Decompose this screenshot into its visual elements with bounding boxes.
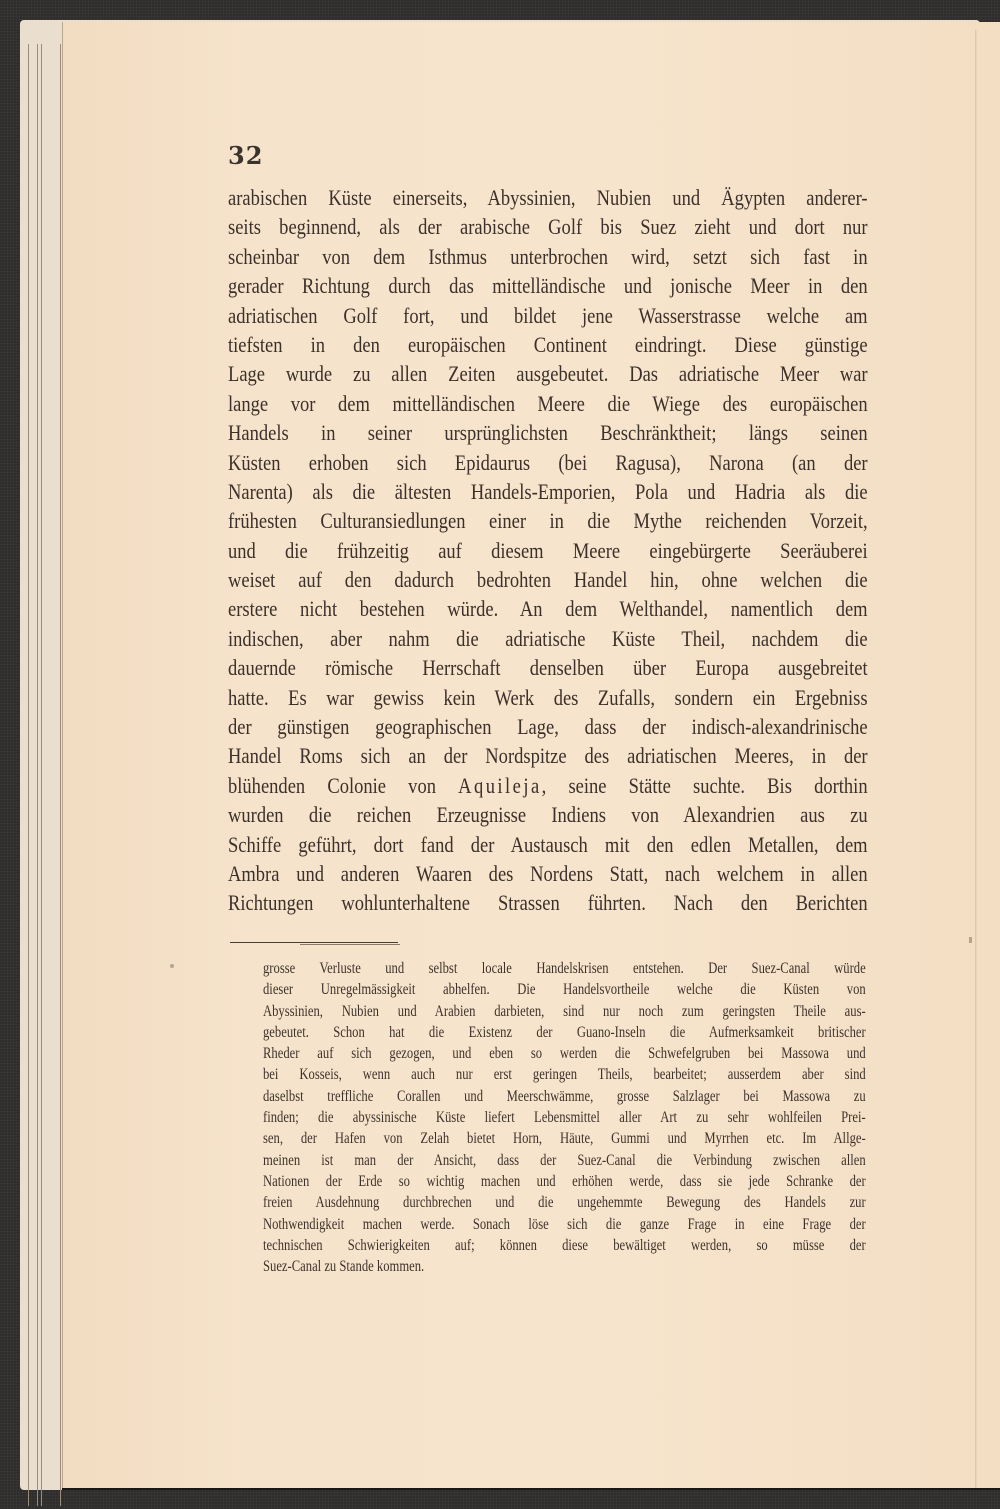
page-edge — [41, 44, 42, 1506]
text-line: Küsten erhoben sich Epidaurus (bei Ragus… — [228, 448, 868, 477]
margin-mark — [969, 937, 972, 943]
footnote-line: Nothwendigkeit machen werde. Sonach löse… — [263, 1214, 866, 1235]
text-line: tiefsten in den europäischen Continent e… — [228, 330, 868, 359]
footnote-rule — [230, 942, 398, 943]
text-line: Schiffe geführt, dort fand der Austausch… — [228, 830, 868, 859]
text-line: Handel Roms sich an der Nordspitze des a… — [228, 741, 868, 770]
ink-spot — [170, 964, 174, 968]
page-edge — [37, 44, 38, 1506]
text-segment: , seine Stätte suchte. Bis dorthin — [542, 773, 868, 798]
footnote-line: dieser Unregelmässigkeit abhelfen. Die H… — [263, 979, 866, 1000]
footnote-line: grosse Verluste und selbst locale Handel… — [263, 958, 866, 979]
text-line: wurden die reichen Erzeugnisse Indiens v… — [228, 800, 868, 829]
text-line: und die frühzeitig auf diesem Meere eing… — [228, 536, 868, 565]
footnote-line: freien Ausdehnung durchbrechen und die u… — [263, 1192, 866, 1213]
text-line: weiset auf den dadurch bedrohten Handel … — [228, 565, 868, 594]
text-line: lange vor dem mittelländischen Meere die… — [228, 389, 868, 418]
text-line: erstere nicht bestehen würde. An dem Wel… — [228, 594, 868, 623]
page-edge — [28, 44, 29, 1506]
footnote-line: Suez-Canal zu Stande kommen. — [263, 1256, 866, 1277]
text-line: hatte. Es war gewiss kein Werk des Zufal… — [228, 683, 868, 712]
footnote-line: bei Kosseis, wenn auch nur erst geringen… — [263, 1064, 866, 1085]
footnote-line: Rheder auf sich gezogen, und eben so wer… — [263, 1043, 866, 1064]
text-line: dauernde römische Herrschaft denselben ü… — [228, 653, 868, 682]
main-text: arabischen Küste einerseits, Abyssinien,… — [228, 183, 868, 918]
text-line: Ambra und anderen Waaren des Nordens Sta… — [228, 859, 868, 888]
footnote-line: technischen Schwierigkeiten auf; können … — [263, 1235, 866, 1256]
text-line: der günstigen geographischen Lage, dass … — [228, 712, 868, 741]
text-line: Narenta) als die ältesten Handels-Empori… — [228, 477, 868, 506]
text-line: seits beginnend, als der arabische Golf … — [228, 212, 868, 241]
footnote: grosse Verluste und selbst locale Handel… — [263, 958, 866, 1277]
footnote-line: gebeutet. Schon hat die Existenz der Gua… — [263, 1022, 866, 1043]
text-line: Richtungen wohlunterhaltene Strassen füh… — [228, 888, 868, 917]
text-line: gerader Richtung durch das mittelländisc… — [228, 271, 868, 300]
page-edge — [60, 44, 61, 1506]
footnote-line: daselbst treffliche Corallen und Meersch… — [263, 1086, 866, 1107]
footnote-rule-faint — [300, 944, 400, 945]
text-line-aquileja: blühenden Colonie von Aquileja, seine St… — [228, 771, 868, 800]
footnote-line: finden; die abyssinische Küste liefert L… — [263, 1107, 866, 1128]
text-line: Lage wurde zu allen Zeiten ausgebeutet. … — [228, 359, 868, 388]
text-line: scheinbar von dem Isthmus unterbrochen w… — [228, 242, 868, 271]
footnote-line: Nationen der Erde so wichtig machen und … — [263, 1171, 866, 1192]
footnote-line: meinen ist man der Ansicht, dass der Sue… — [263, 1150, 866, 1171]
footnote-line: Abyssinien, Nubien und Arabien darbieten… — [263, 1001, 866, 1022]
text-segment: blühenden Colonie von — [228, 773, 458, 798]
footnote-line: sen, der Hafen von Zelah bietet Horn, Hä… — [263, 1128, 866, 1149]
text-line: adriatischen Golf fort, und bildet jene … — [228, 301, 868, 330]
page-number: 32 — [228, 141, 263, 170]
text-line: indischen, aber nahm die adriatische Küs… — [228, 624, 868, 653]
spaced-name-aquileja: Aquileja — [458, 773, 541, 798]
page-fold — [975, 30, 977, 1488]
text-line: arabischen Küste einerseits, Abyssinien,… — [228, 183, 868, 212]
text-line: frühesten Culturansiedlungen einer in di… — [228, 506, 868, 535]
text-line: Handels in seiner ursprünglichsten Besch… — [228, 418, 868, 447]
